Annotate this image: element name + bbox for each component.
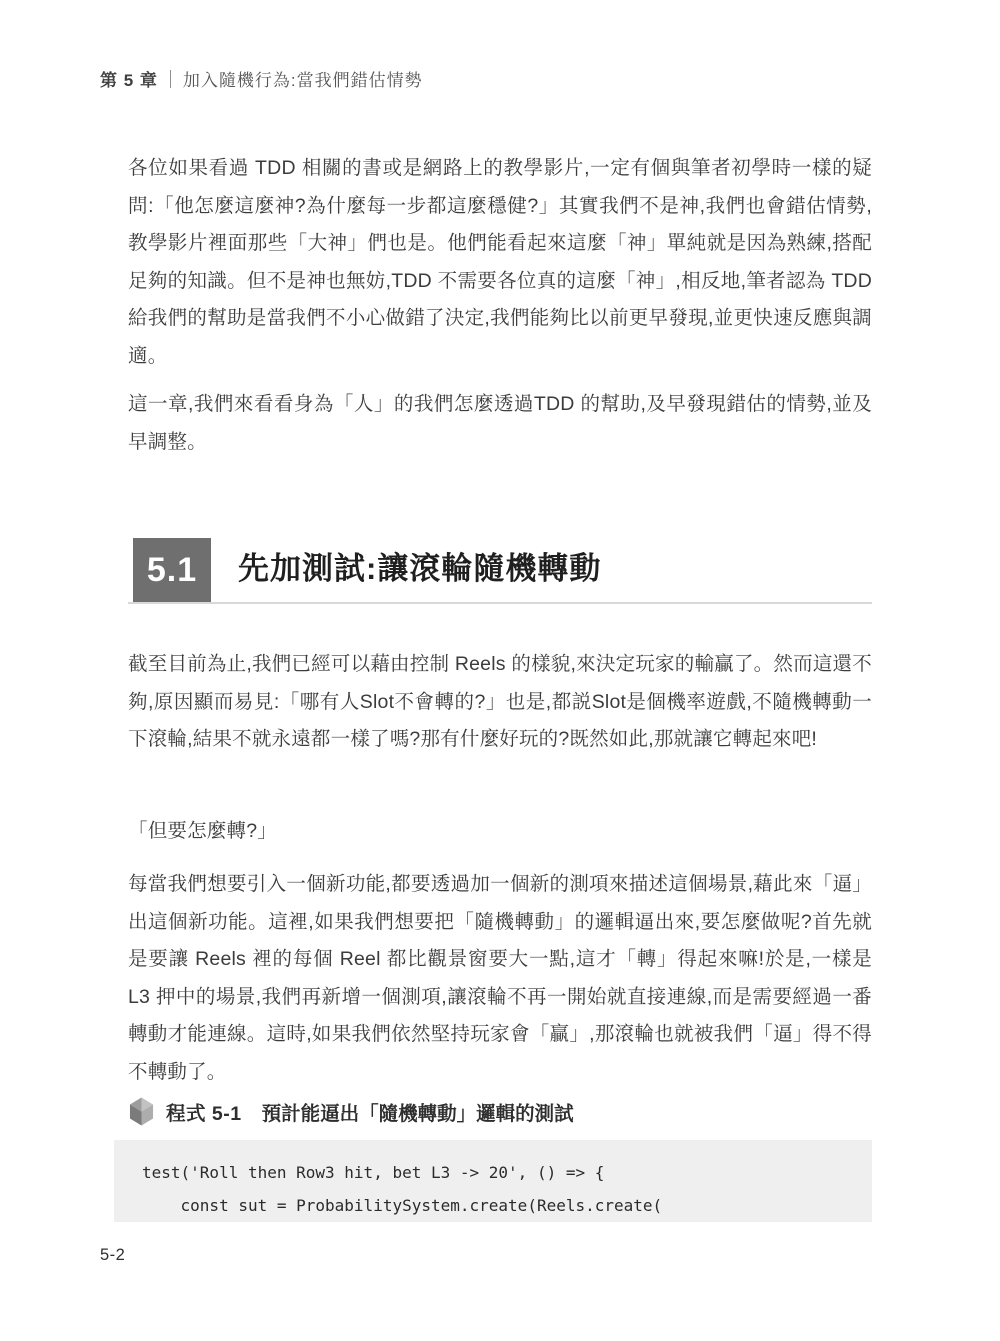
paragraph-body-2: 每當我們想要引入一個新功能,都要透過加一個新的測項來描述這個場景,藉此來「逼」出… <box>128 866 872 1091</box>
book-page: 第 5 章 加入隨機行為:當我們錯估情勢 各位如果看過 TDD 相關的書或是網路… <box>0 0 1000 1341</box>
section-number-badge: 5.1 <box>133 538 211 602</box>
paragraph-quote: 「但要怎麼轉?」 <box>128 813 872 851</box>
chapter-label: 第 5 章 <box>100 66 158 91</box>
running-header: 第 5 章 加入隨機行為:當我們錯估情勢 <box>100 66 423 91</box>
paragraph-body-1: 截至目前為止,我們已經可以藉由控制 Reels 的樣貌,來決定玩家的輸贏了。然而… <box>128 646 872 759</box>
chapter-title: 加入隨機行為:當我們錯估情勢 <box>183 66 423 91</box>
header-divider <box>170 70 171 88</box>
listing-title: 預計能逼出「隨機轉動」邏輯的測試 <box>262 1098 574 1126</box>
code-block: test('Roll then Row3 hit, bet L3 -> 20',… <box>114 1140 872 1222</box>
gem-icon <box>128 1097 155 1126</box>
section-title: 先加測試:讓滾輪隨機轉動 <box>238 543 601 588</box>
paragraph-intro-1: 各位如果看過 TDD 相關的書或是網路上的教學影片,一定有個與筆者初學時一樣的疑… <box>128 150 872 375</box>
listing-tag: 程式 5-1 <box>166 1098 242 1126</box>
code-line-1: test('Roll then Row3 hit, bet L3 -> 20',… <box>142 1156 872 1189</box>
paragraph-intro-2: 這一章,我們來看看身為「人」的我們怎麼透過TDD 的幫助,及早發現錯估的情勢,並… <box>128 386 872 461</box>
page-number: 5-2 <box>100 1246 125 1265</box>
code-listing-caption: 程式 5-1 預計能逼出「隨機轉動」邏輯的測試 <box>128 1097 574 1126</box>
code-line-2: const sut = ProbabilitySystem.create(Ree… <box>142 1189 872 1222</box>
section-heading: 5.1 先加測試:讓滾輪隨機轉動 <box>128 536 872 604</box>
